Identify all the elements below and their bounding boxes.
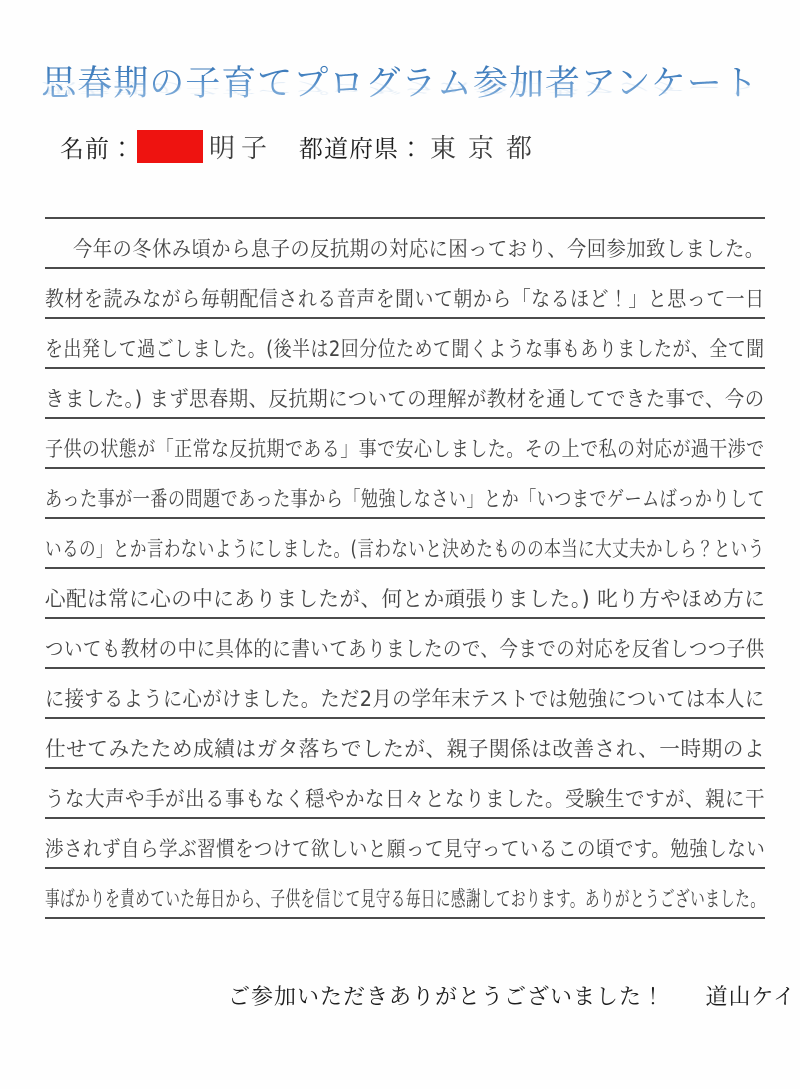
ruled-row: 子供の状態が「正常な反抗期である」事で安心しました。その上で私の対応が過干渉で — [45, 419, 765, 469]
ruled-row: 事ばかりを責めていた毎日から、子供を信じて見守る毎日に感謝しております。ありがと… — [45, 869, 765, 919]
ruled-row: あった事が一番の問題であった事から「勉強しなさい」とか「いつまでゲームばっかりし… — [45, 469, 765, 519]
handwritten-line: 教材を読みながら毎朝配信される音声を聞いて朝から「なるほど！」と思って一日 — [45, 283, 765, 317]
handwritten-line: 事ばかりを責めていた毎日から、子供を信じて見守る毎日に感謝しております。ありがと… — [45, 883, 765, 917]
ruled-row: ついても教材の中に具体的に書いてありましたので、今までの対応を反省しつつ子供 — [45, 619, 765, 669]
handwritten-response-area: 今年の冬休み頃から息子の反抗期の対応に困っており、今回参加致しました。教材を読み… — [45, 217, 765, 919]
ruled-row: 渉されず自ら学ぶ習慣をつけて欲しいと願って見守っているこの頃です。勉強しない — [45, 819, 765, 869]
handwritten-line: を出発して過ごしました。(後半は2回分位ためて聞くような事もありましたが、全て聞 — [45, 333, 765, 367]
handwritten-line: に接するように心がけました。ただ2月の学年末テストでは勉強については本人に — [45, 683, 765, 717]
handwritten-line: うな大声や手が出る事もなく穏やかな日々となりました。受験生ですが、親に干 — [45, 783, 765, 817]
scanned-survey-page: 思春期の子育てプログラム参加者アンケート 思春期の子育てプログラム参加者アンケー… — [0, 0, 800, 1089]
handwritten-line: 仕せてみたため成績はガタ落ちでしたが、親子関係は改善され、一時期のよ — [45, 733, 765, 767]
respondent-info-row: 名前： 明子 都道府県： 東京都 — [60, 127, 544, 165]
ruled-row: いるの」とか言わないようにしました。(言わないと決めたものの本当に大丈夫かしら？… — [45, 519, 765, 569]
prefecture-label: 都道府県： — [299, 129, 424, 164]
page-title: 思春期の子育てプログラム参加者アンケート — [0, 56, 800, 106]
handwritten-line: 心配は常に心の中にありましたが、何とか頑張りました。) 叱り方やほめ方に — [45, 583, 765, 617]
name-value: 明子 — [209, 128, 273, 165]
handwritten-line: 今年の冬休み頃から息子の反抗期の対応に困っており、今回参加致しました。 — [73, 233, 765, 267]
handwritten-line: いるの」とか言わないようにしました。(言わないと決めたものの本当に大丈夫かしら？… — [45, 533, 765, 567]
ruled-row: に接するように心がけました。ただ2月の学年末テストでは勉強については本人に — [45, 669, 765, 719]
handwritten-line: あった事が一番の問題であった事から「勉強しなさい」とか「いつまでゲームばっかりし… — [45, 483, 765, 517]
thanks-text: ご参加いただきありがとうございました！ — [228, 984, 665, 1009]
ruled-row: 教材を読みながら毎朝配信される音声を聞いて朝から「なるほど！」と思って一日 — [45, 269, 765, 319]
prefecture-value: 東京都 — [430, 128, 544, 165]
name-redaction-box — [137, 130, 203, 163]
name-label: 名前： — [60, 129, 135, 164]
ruled-row: を出発して過ごしました。(後半は2回分位ためて聞くような事もありましたが、全て聞 — [45, 319, 765, 369]
handwritten-line: きました。) まず思春期、反抗期についての理解が教材を通してできた事で、今の — [45, 383, 765, 417]
ruled-row: 仕せてみたため成績はガタ落ちでしたが、親子関係は改善され、一時期のよ — [45, 719, 765, 769]
handwritten-line: ついても教材の中に具体的に書いてありましたので、今までの対応を反省しつつ子供 — [45, 633, 765, 667]
handwritten-line: 子供の状態が「正常な反抗期である」事で安心しました。その上で私の対応が過干渉で — [45, 433, 765, 467]
closing-line: ご参加いただきありがとうございました！ 道山ケイ — [228, 980, 796, 1011]
handwritten-line: 渉されず自ら学ぶ習慣をつけて欲しいと願って見守っているこの頃です。勉強しない — [45, 833, 765, 867]
ruled-row: きました。) まず思春期、反抗期についての理解が教材を通してできた事で、今の — [45, 369, 765, 419]
author-name: 道山ケイ — [706, 984, 796, 1009]
ruled-row: 心配は常に心の中にありましたが、何とか頑張りました。) 叱り方やほめ方に — [45, 569, 765, 619]
ruled-row: うな大声や手が出る事もなく穏やかな日々となりました。受験生ですが、親に干 — [45, 769, 765, 819]
ruled-row: 今年の冬休み頃から息子の反抗期の対応に困っており、今回参加致しました。 — [45, 219, 765, 269]
